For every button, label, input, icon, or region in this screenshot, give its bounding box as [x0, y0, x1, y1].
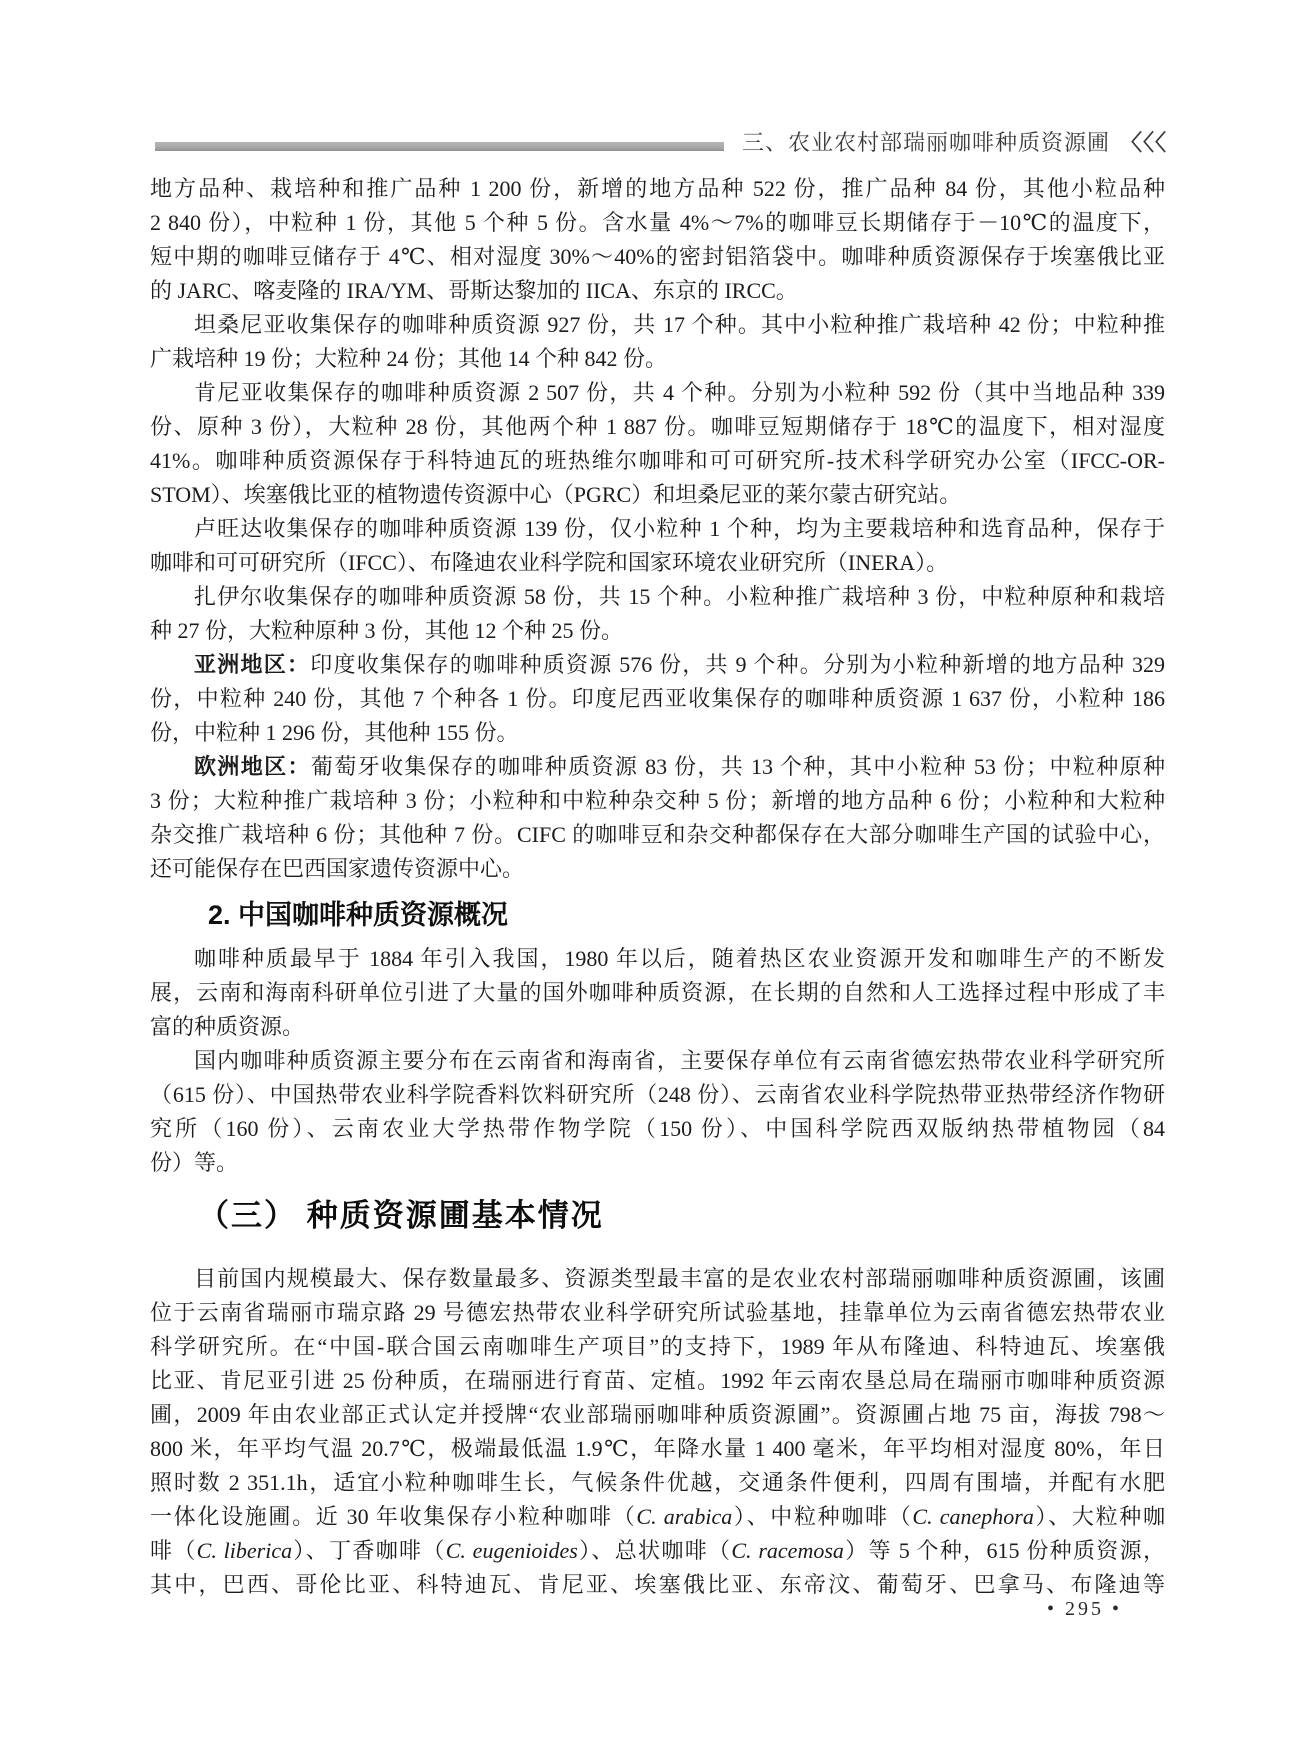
text-line: 富的种质资源。	[150, 1010, 1165, 1044]
text-segment: ）等 5 个种，615 份种质资源，	[844, 1538, 1165, 1563]
running-head: 三、农业农村部瑞丽咖啡种质资源圃〈〈〈	[742, 126, 1167, 157]
text-line: 份，中粒种 1 296 份，其他种 155 份。	[150, 716, 1165, 750]
text-segment: 啡（	[150, 1538, 197, 1563]
text-line: 份）等。	[150, 1146, 1165, 1180]
paragraph: 扎伊尔收集保存的咖啡种质资源 58 份，共 15 个种。小粒种推广栽培种 3 份…	[150, 580, 1165, 648]
region-label-asia: 亚洲地区：	[194, 652, 310, 677]
paragraph: 坦桑尼亚收集保存的咖啡种质资源 927 份，共 17 个种。其中小粒种推广栽培种…	[150, 308, 1165, 376]
text-line: 41%。咖啡种质资源保存于科特迪瓦的班热维尔咖啡和可可研究所-技术科学研究办公室…	[150, 444, 1165, 478]
species-name-canephora: C. canephora	[912, 1504, 1033, 1529]
text-line: 份，中粒种 240 份，其他 7 个种各 1 份。印度尼西亚收集保存的咖啡种质资…	[150, 682, 1165, 716]
text-line-species-a: 一体化设施圃。近 30 年收集保存小粒种咖啡（C. arabica）、中粒种咖啡…	[150, 1500, 1165, 1534]
paragraph: 地方品种、栽培种和推广品种 1 200 份，新增的地方品种 522 份，推广品种…	[150, 172, 1165, 308]
text-segment: ）、大粒种咖	[1034, 1504, 1165, 1529]
text-line: 亚洲地区：印度收集保存的咖啡种质资源 576 份，共 9 个种。分别为小粒种新增…	[150, 648, 1165, 682]
text-line: 的 JARC、喀麦隆的 IRA/YM、哥斯达黎加的 IICA、东京的 IRCC。	[150, 274, 1165, 308]
chevrons-decoration: 〈〈〈	[1120, 130, 1167, 155]
text-line: 圃，2009 年由农业部正式认定并授牌“农业部瑞丽咖啡种质资源圃”。资源圃占地 …	[150, 1398, 1165, 1432]
text-segment: 印度收集保存的咖啡种质资源 576 份，共 9 个种。分别为小粒种新增的地方品种…	[310, 652, 1165, 677]
page-body: 地方品种、栽培种和推广品种 1 200 份，新增的地方品种 522 份，推广品种…	[150, 172, 1165, 1602]
paragraph: 目前国内规模最大、保存数量最多、资源类型最丰富的是农业农村部瑞丽咖啡种质资源圃，…	[150, 1262, 1165, 1602]
text-line: 咖啡种质最早于 1884 年引入我国，1980 年以后，随着热区农业资源开发和咖…	[150, 942, 1165, 976]
book-page: 三、农业农村部瑞丽咖啡种质资源圃〈〈〈 地方品种、栽培种和推广品种 1 200 …	[0, 0, 1314, 1763]
text-line: 欧洲地区：葡萄牙收集保存的咖啡种质资源 83 份，共 13 个种，其中小粒种 5…	[150, 750, 1165, 784]
header-rule	[155, 142, 724, 151]
text-line: 肯尼亚收集保存的咖啡种质资源 2 507 份，共 4 个种。分别为小粒种 592…	[150, 376, 1165, 410]
region-label-europe: 欧洲地区：	[194, 754, 311, 779]
text-line: 目前国内规模最大、保存数量最多、资源类型最丰富的是农业农村部瑞丽咖啡种质资源圃，…	[150, 1262, 1165, 1296]
text-line: 3 份；大粒种推广栽培种 3 份；小粒种和中粒种杂交种 5 份；新增的地方品种 …	[150, 784, 1165, 818]
text-line: 广栽培种 19 份；大粒种 24 份；其他 14 个种 842 份。	[150, 342, 1165, 376]
text-line: 科学研究所。在“中国-联合国云南咖啡生产项目”的支持下，1989 年从布隆迪、科…	[150, 1330, 1165, 1364]
text-line: 短中期的咖啡豆储存于 4℃、相对湿度 30%～40%的密封铝箔袋中。咖啡种质资源…	[150, 240, 1165, 274]
text-line: 究所（160 份）、云南农业大学热带作物学院（150 份）、中国科学院西双版纳热…	[150, 1112, 1165, 1146]
page-header: 三、农业农村部瑞丽咖啡种质资源圃〈〈〈	[155, 126, 1167, 157]
species-name-eugenioides: C. eugenioides	[446, 1538, 578, 1563]
text-line: 地方品种、栽培种和推广品种 1 200 份，新增的地方品种 522 份，推广品种…	[150, 172, 1165, 206]
subsection-heading-china-overview: 2. 中国咖啡种质资源概况	[208, 894, 1165, 936]
paragraph-asia: 亚洲地区：印度收集保存的咖啡种质资源 576 份，共 9 个种。分别为小粒种新增…	[150, 648, 1165, 750]
text-line: （615 份）、中国热带农业科学院香料饮料研究所（248 份）、云南省农业科学院…	[150, 1078, 1165, 1112]
text-line: STOM）、埃塞俄比亚的植物遗传资源中心（PGRC）和坦桑尼亚的莱尔蒙古研究站。	[150, 478, 1165, 512]
text-line: 国内咖啡种质资源主要分布在云南省和海南省，主要保存单位有云南省德宏热带农业科学研…	[150, 1044, 1165, 1078]
paragraph: 国内咖啡种质资源主要分布在云南省和海南省，主要保存单位有云南省德宏热带农业科学研…	[150, 1044, 1165, 1180]
running-head-title: 三、农业农村部瑞丽咖啡种质资源圃	[742, 130, 1110, 155]
page-number: • 295 •	[1047, 1598, 1122, 1621]
text-segment: ）、总状咖啡（	[578, 1538, 732, 1563]
text-line: 其中，巴西、哥伦比亚、科特迪瓦、肯尼亚、埃塞俄比亚、东帝汶、葡萄牙、巴拿马、布隆…	[150, 1568, 1165, 1602]
text-line: 比亚、肯尼亚引进 25 份种质，在瑞丽进行育苗、定植。1992 年云南农垦总局在…	[150, 1364, 1165, 1398]
text-line: 还可能保存在巴西国家遗传资源中心。	[150, 852, 1165, 886]
section-heading-germplasm-nursery: （三） 种质资源圃基本情况	[198, 1192, 1165, 1240]
species-name-racemosa: C. racemosa	[731, 1538, 844, 1563]
paragraph: 肯尼亚收集保存的咖啡种质资源 2 507 份，共 4 个种。分别为小粒种 592…	[150, 376, 1165, 512]
text-line: 杂交推广栽培种 6 份；其他种 7 份。CIFC 的咖啡豆和杂交种都保存在大部分…	[150, 818, 1165, 852]
text-segment: ）、中粒种咖啡（	[732, 1504, 912, 1529]
text-segment: ）、丁香咖啡（	[292, 1538, 446, 1563]
text-line: 卢旺达收集保存的咖啡种质资源 139 份，仅小粒种 1 个种，均为主要栽培种和选…	[150, 512, 1165, 546]
text-line: 2 840 份），中粒种 1 份，其他 5 个种 5 份。含水量 4%～7%的咖…	[150, 206, 1165, 240]
paragraph-europe: 欧洲地区：葡萄牙收集保存的咖啡种质资源 83 份，共 13 个种，其中小粒种 5…	[150, 750, 1165, 886]
text-line: 坦桑尼亚收集保存的咖啡种质资源 927 份，共 17 个种。其中小粒种推广栽培种…	[150, 308, 1165, 342]
text-line: 咖啡和可可研究所（IFCC）、布隆迪农业科学院和国家环境农业研究所（INERA）…	[150, 546, 1165, 580]
text-line: 照时数 2 351.1h，适宜小粒种咖啡生长，气候条件优越，交通条件便利，四周有…	[150, 1466, 1165, 1500]
text-line-species-b: 啡（C. liberica）、丁香咖啡（C. eugenioides）、总状咖啡…	[150, 1534, 1165, 1568]
paragraph: 咖啡种质最早于 1884 年引入我国，1980 年以后，随着热区农业资源开发和咖…	[150, 942, 1165, 1044]
text-segment: 葡萄牙收集保存的咖啡种质资源 83 份，共 13 个种，其中小粒种 53 份；中…	[311, 754, 1165, 779]
text-line: 800 米，年平均气温 20.7℃，极端最低温 1.9℃，年降水量 1 400 …	[150, 1432, 1165, 1466]
text-segment: 一体化设施圃。近 30 年收集保存小粒种咖啡（	[150, 1504, 636, 1529]
species-name-liberica: C. liberica	[197, 1538, 292, 1563]
text-line: 位于云南省瑞丽市瑞京路 29 号德宏热带农业科学研究所试验基地，挂靠单位为云南省…	[150, 1296, 1165, 1330]
species-name-arabica: C. arabica	[636, 1504, 732, 1529]
paragraph: 卢旺达收集保存的咖啡种质资源 139 份，仅小粒种 1 个种，均为主要栽培种和选…	[150, 512, 1165, 580]
text-line: 种 27 份，大粒种原种 3 份，其他 12 个种 25 份。	[150, 614, 1165, 648]
text-line: 扎伊尔收集保存的咖啡种质资源 58 份，共 15 个种。小粒种推广栽培种 3 份…	[150, 580, 1165, 614]
text-line: 份、原种 3 份），大粒种 28 份，其他两个种 1 887 份。咖啡豆短期储存…	[150, 410, 1165, 444]
text-line: 展，云南和海南科研单位引进了大量的国外咖啡种质资源，在长期的自然和人工选择过程中…	[150, 976, 1165, 1010]
